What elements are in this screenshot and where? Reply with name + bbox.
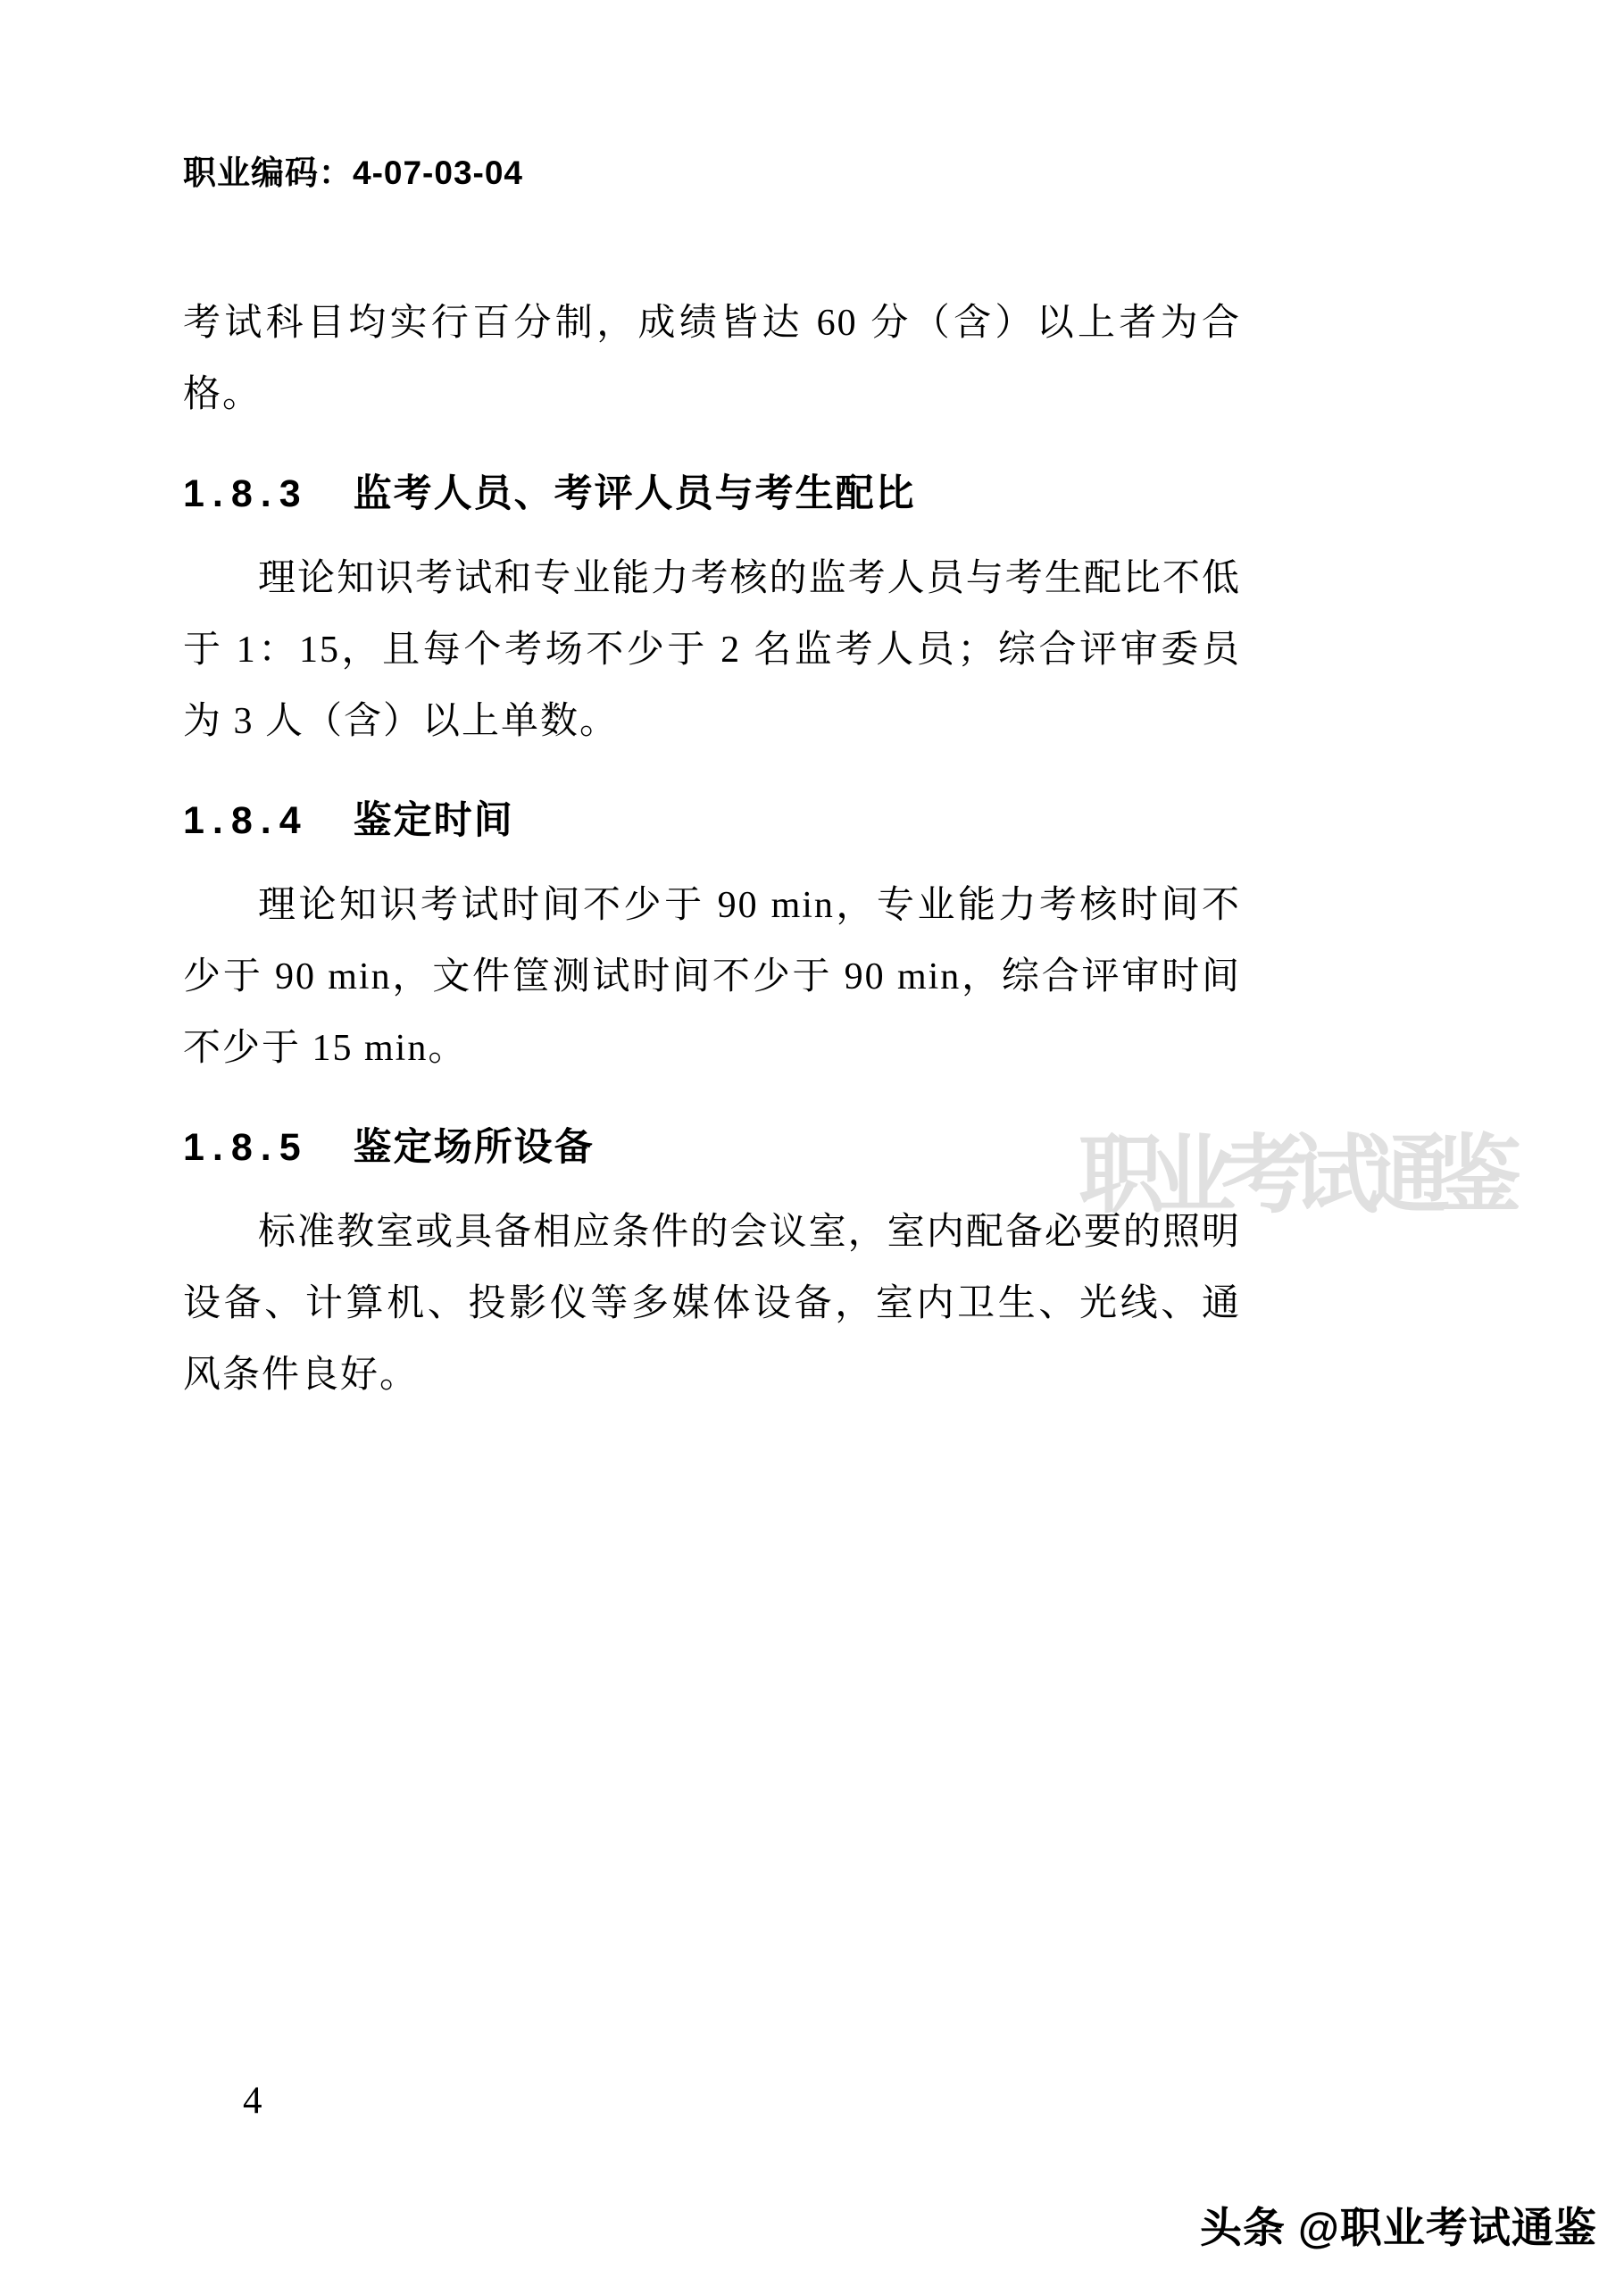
section-number: 1.8.4 xyxy=(183,799,309,842)
section-heading: 1.8.5 鉴定场所设备 xyxy=(183,1122,1241,1173)
document-page: 职业考试通鉴 职业编码：4-07-03-04 考试科目均实行百分制，成绩皆达 6… xyxy=(0,0,1624,2278)
section-1-8-4: 1.8.4 鉴定时间 理论知识考试时间不少于 90 min，专业能力考核时间不少… xyxy=(183,795,1241,1084)
page-content: 职业编码：4-07-03-04 考试科目均实行百分制，成绩皆达 60 分（含）以… xyxy=(183,154,1241,1411)
section-number: 1.8.5 xyxy=(183,1126,309,1169)
intro-paragraph: 考试科目均实行百分制，成绩皆达 60 分（含）以上者为合格。 xyxy=(183,288,1241,430)
section-heading: 1.8.4 鉴定时间 xyxy=(183,795,1241,847)
section-body: 标准教室或具备相应条件的会议室，室内配备必要的照明设备、计算机、投影仪等多媒体设… xyxy=(183,1197,1241,1411)
section-body: 理论知识考试和专业能力考核的监考人员与考生配比不低于 1：15，且每个考场不少于… xyxy=(183,543,1241,757)
section-1-8-5: 1.8.5 鉴定场所设备 标准教室或具备相应条件的会议室，室内配备必要的照明设备… xyxy=(183,1122,1241,1411)
section-body: 理论知识考试时间不少于 90 min，专业能力考核时间不少于 90 min，文件… xyxy=(183,870,1241,1084)
section-heading: 1.8.3 监考人员、考评人员与考生配比 xyxy=(183,468,1241,520)
section-title: 监考人员、考评人员与考生配比 xyxy=(354,472,916,515)
page-number: 4 xyxy=(243,2079,262,2124)
section-number: 1.8.3 xyxy=(183,472,309,515)
section-title: 鉴定时间 xyxy=(354,799,514,842)
occupation-code: 职业编码：4-07-03-04 xyxy=(183,154,1241,193)
section-1-8-3: 1.8.3 监考人员、考评人员与考生配比 理论知识考试和专业能力考核的监考人员与… xyxy=(183,468,1241,757)
section-title: 鉴定场所设备 xyxy=(354,1126,595,1169)
footer-credit: 头条 @职业考试通鉴 xyxy=(1200,2195,1597,2255)
